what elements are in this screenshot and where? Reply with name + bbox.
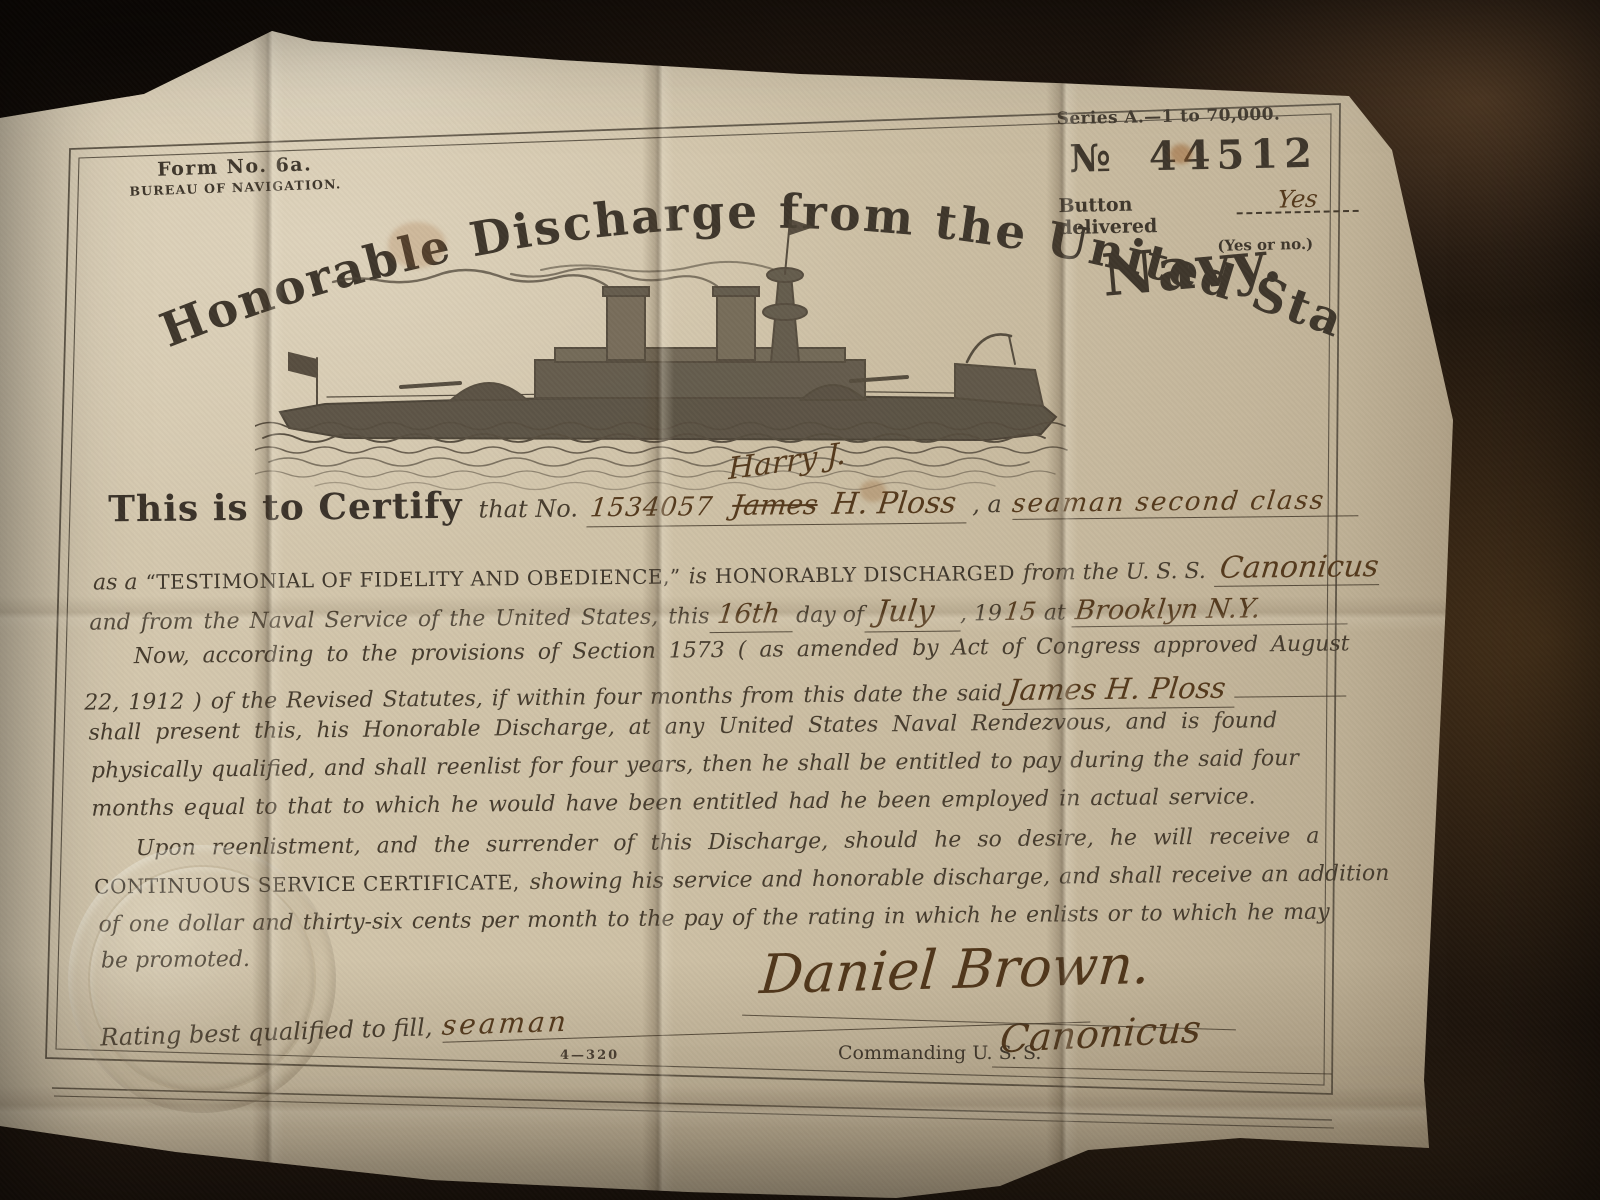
day-blank: 16th xyxy=(709,598,792,633)
testimonial-caps: “TESTIMONIAL OF FIDELITY AND OBEDIENCE,” xyxy=(145,564,680,594)
certificate-paper: Honorable Discharge from the United Stat… xyxy=(0,0,1600,1200)
photo-of-discharge-certificate: Honorable Discharge from the United Stat… xyxy=(0,0,1600,1200)
certify-lead: This is to Certify xyxy=(108,485,463,531)
plate-code: 4—320 xyxy=(560,1048,619,1063)
nineteen-label: , 19 xyxy=(960,601,1002,626)
numero-sign: № xyxy=(1069,135,1111,181)
place-blank: Brooklyn N.Y. xyxy=(1072,592,1348,627)
battleship-engraving xyxy=(255,212,1075,497)
as-a: as a xyxy=(93,570,138,595)
name-blank: 1534057 Harry J. James H. Ploss xyxy=(586,485,967,527)
ship-name: Canonicus xyxy=(1218,549,1381,586)
month-value: July xyxy=(874,594,936,630)
day-value: 16th xyxy=(716,598,782,630)
is-word: is xyxy=(689,564,708,589)
button-delivered-blank: Yes xyxy=(1236,184,1358,215)
serial-number-row: № 44512 xyxy=(1057,129,1358,182)
day-of-label: day of xyxy=(796,602,864,628)
yes-or-no-hint: (Yes or no.) xyxy=(1217,234,1359,255)
service-number: 1534057 xyxy=(588,492,714,523)
said-name-blank: James H. Ploss xyxy=(1002,671,1234,710)
name-correction-wrap: Harry J. James xyxy=(732,488,818,522)
serial-number: 44512 xyxy=(1148,130,1318,181)
name-struck: James xyxy=(730,488,819,522)
place-value: Brooklyn N.Y. xyxy=(1074,593,1262,626)
button-delivered-label: Button delivered xyxy=(1058,192,1229,240)
that-no-label: that No. xyxy=(478,494,578,523)
statutes-text: 22, 1912 ) of the Revised Statutes, if w… xyxy=(84,681,1002,716)
month-blank: July xyxy=(864,593,960,632)
rate-blank: seaman second class xyxy=(1012,485,1359,520)
year-value: 15 xyxy=(1002,597,1037,626)
said-name: James H. Ploss xyxy=(1006,671,1227,707)
at-label: at xyxy=(1044,600,1066,625)
naval-service-text: and from the Naval Service of the United… xyxy=(89,604,709,635)
rating-value: seaman xyxy=(441,1005,571,1042)
from-uss: from the U. S. S. xyxy=(1023,559,1206,586)
rate-value: seaman second class xyxy=(1010,486,1326,519)
comma-a: , a xyxy=(972,490,1002,518)
serial-block: Series A.—1 to 70,000. № 44512 Button de… xyxy=(1056,103,1359,258)
said-name-rule xyxy=(1234,695,1346,697)
button-delivered-row: Button delivered Yes xyxy=(1058,184,1359,239)
name-rest: H. Ploss xyxy=(830,485,958,521)
discharged-caps: HONORABLY DISCHARGED xyxy=(715,561,1015,588)
ship-blank: Canonicus xyxy=(1214,549,1379,587)
button-delivered-value: Yes xyxy=(1276,185,1319,214)
navy-department-embossed-seal xyxy=(68,845,336,1113)
